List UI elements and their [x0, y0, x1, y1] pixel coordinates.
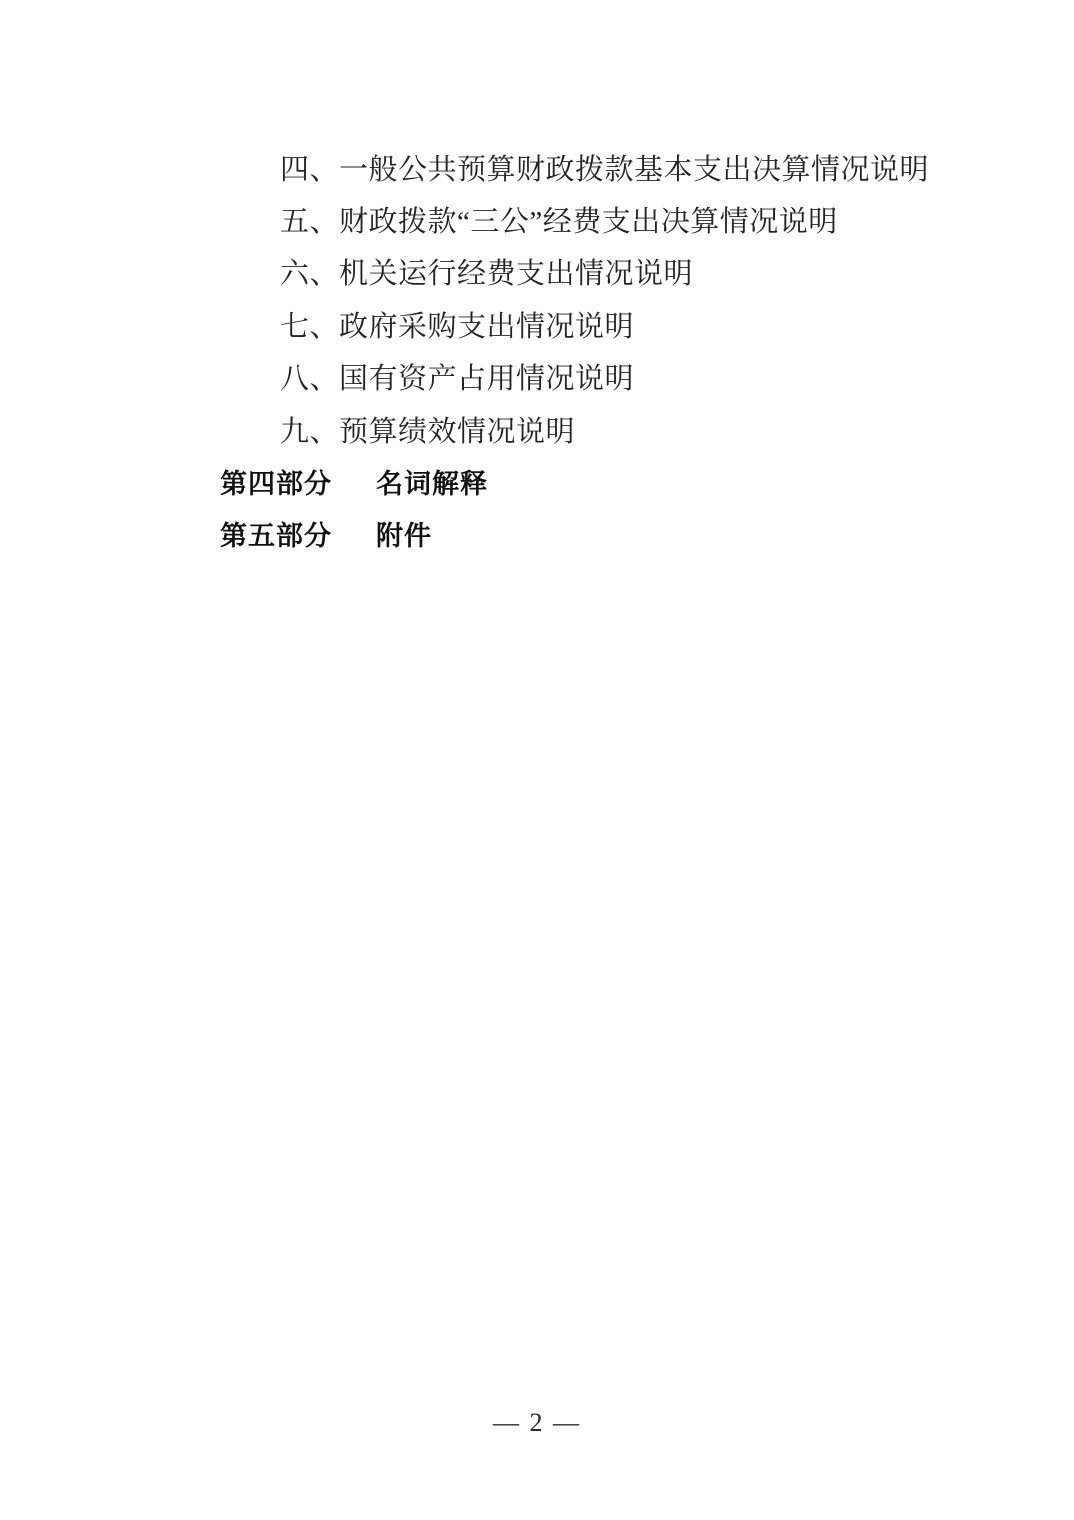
page-number: — 2 —	[493, 1408, 581, 1437]
toc-section-heading: 第四部分名词解释	[0, 455, 1074, 507]
toc-list: 四、一般公共预算财政拨款基本支出决算情况说明五、财政拨款“三公”经费支出决算情况…	[0, 141, 1074, 560]
toc-entry-text: 七、政府采购支出情况说明	[280, 304, 634, 345]
toc-entry: 九、预算绩效情况说明	[0, 403, 1074, 455]
toc-entry: 四、一般公共预算财政拨款基本支出决算情况说明	[0, 141, 1074, 193]
page-footer: — 2 —	[0, 1408, 1074, 1438]
toc-entry-text: 五、财政拨款“三公”经费支出决算情况说明	[280, 199, 838, 240]
document-page: 四、一般公共预算财政拨款基本支出决算情况说明五、财政拨款“三公”经费支出决算情况…	[0, 0, 1074, 1520]
toc-entry: 七、政府采购支出情况说明	[0, 298, 1074, 350]
toc-entry: 六、机关运行经费支出情况说明	[0, 246, 1074, 298]
section-label: 第五部分	[220, 514, 332, 553]
toc-entry-text: 九、预算绩效情况说明	[280, 409, 575, 450]
section-title: 名词解释	[376, 462, 488, 501]
toc-entry: 八、国有资产占用情况说明	[0, 351, 1074, 403]
section-title: 附件	[376, 514, 432, 553]
toc-entry-text: 六、机关运行经费支出情况说明	[280, 251, 693, 292]
toc-entry-text: 八、国有资产占用情况说明	[280, 356, 634, 397]
section-label: 第四部分	[220, 462, 332, 501]
toc-entry: 五、财政拨款“三公”经费支出决算情况说明	[0, 193, 1074, 245]
toc-section-heading: 第五部分附件	[0, 508, 1074, 560]
toc-entry-text: 四、一般公共预算财政拨款基本支出决算情况说明	[280, 147, 929, 188]
